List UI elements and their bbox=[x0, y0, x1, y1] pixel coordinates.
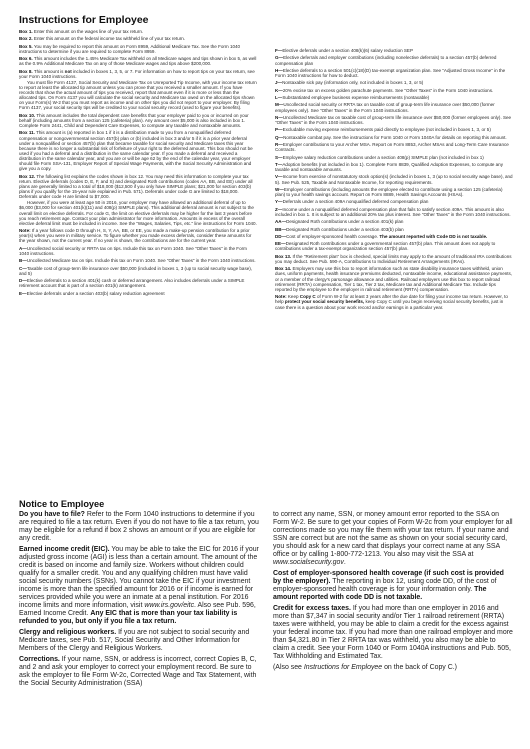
paragraph-text: (Also see bbox=[273, 664, 304, 671]
instructions-left-column: Box 1. Enter this amount on the wages li… bbox=[19, 29, 257, 312]
paragraph-text: Deferrals under a section 409A nonqualif… bbox=[283, 199, 429, 204]
paragraph-label: BB— bbox=[275, 227, 286, 232]
paragraph-text: Employer contributions (including amount… bbox=[275, 187, 502, 197]
paragraph-label: E— bbox=[19, 291, 27, 296]
paragraph-text: Designated Roth contributions under a se… bbox=[286, 219, 403, 224]
paragraph-text: Excludable moving expense reimbursements… bbox=[283, 127, 491, 132]
italic-reference: Instructions for Employee bbox=[304, 664, 382, 671]
paragraph-text: Elective deferrals under a section 403(b… bbox=[27, 291, 165, 296]
paragraph-label: Credit for excess taxes. bbox=[273, 605, 351, 612]
paragraph-text: You must file Form 4137, Social Security… bbox=[19, 80, 257, 111]
paragraph-text: Taxable cost of group-term life insuranc… bbox=[19, 266, 252, 276]
instructions-title: Instructions for Employee bbox=[19, 14, 513, 26]
instruction-paragraph: Z—Income under a nonqualified deferred c… bbox=[275, 207, 513, 217]
instruction-paragraph: BB—Designated Roth contributions under a… bbox=[275, 227, 513, 232]
italic-reference: www.socialsecurity.gov bbox=[273, 559, 344, 566]
instruction-paragraph: L—Substantiated employee business expens… bbox=[275, 95, 513, 100]
instruction-paragraph: Box 13. If the "Retirement plan" box is … bbox=[275, 254, 513, 264]
paragraph-text: Uncollected social security or RRTA tax … bbox=[275, 102, 495, 112]
paragraph-text: Elective deferrals under a section 408(k… bbox=[282, 48, 413, 53]
paragraph-text: Elective deferrals to a section 401(k) c… bbox=[19, 278, 244, 288]
instruction-paragraph: Box 14. Employers may use this box to re… bbox=[275, 266, 513, 292]
paragraph-text: to correct any name, SSN, or money amoun… bbox=[273, 511, 513, 558]
instruction-paragraph: DD—Cost of employer-sponsored health cov… bbox=[275, 234, 513, 239]
instruction-paragraph: N—Uncollected Medicare tax on taxable co… bbox=[275, 115, 513, 125]
paragraph-label: S— bbox=[275, 155, 283, 160]
paragraph-text: Enter this amount on the federal income … bbox=[33, 36, 185, 41]
paragraph-label: Earned income credit (EIC). bbox=[19, 546, 110, 553]
paragraph-text: This amount includes the 1.45% Medicare … bbox=[19, 56, 256, 66]
paragraph-label: Clergy and religious workers. bbox=[19, 629, 116, 636]
paragraph-label: Do you have to file? bbox=[19, 511, 85, 518]
paragraph-text: Cost of employer-sponsored health covera… bbox=[286, 234, 379, 239]
instruction-paragraph: P—Excludable moving expense reimbursemen… bbox=[275, 127, 513, 132]
notice-right-column: to correct any name, SSN, or money amoun… bbox=[273, 511, 513, 690]
instruction-paragraph: However, if you were at least age 50 in … bbox=[19, 200, 257, 226]
paragraph-label: B— bbox=[19, 258, 27, 263]
paragraph-text: If a year follows code D through H, S, Y… bbox=[19, 228, 251, 243]
paragraph-text: The following list explains the codes sh… bbox=[19, 174, 253, 200]
paragraph-text: This amount includes the total dependent… bbox=[19, 113, 249, 128]
notice-paragraph: Cost of employer-sponsored health covera… bbox=[273, 570, 513, 602]
instruction-paragraph: Box 8. This amount is not included in bo… bbox=[19, 69, 257, 79]
instruction-paragraph: Box 1. Enter this amount on the wages li… bbox=[19, 29, 257, 34]
paragraph-text: You may be required to report this amoun… bbox=[19, 44, 240, 54]
paragraph-text: If the "Retirement plan" box is checked,… bbox=[275, 254, 512, 264]
notice-title: Notice to Employee bbox=[19, 499, 513, 509]
italic-reference: www.irs.gov/eitc bbox=[144, 602, 194, 609]
notice-paragraph: Corrections. If your name, SSN, or addre… bbox=[19, 656, 259, 688]
paragraph-text: Adoption benefits (not included in box 1… bbox=[275, 162, 503, 172]
instruction-paragraph: R—Employer contributions to your Archer … bbox=[275, 142, 513, 152]
instruction-paragraph: W—Employer contributions (including amou… bbox=[275, 187, 513, 197]
instruction-paragraph: AA—Designated Roth contributions under a… bbox=[275, 219, 513, 224]
paragraph-text: However, if you were at least age 50 in … bbox=[19, 200, 257, 226]
instruction-paragraph: E—Elective deferrals under a section 403… bbox=[19, 291, 257, 296]
instruction-paragraph: G—Elective deferrals and employer contri… bbox=[275, 55, 513, 65]
instruction-paragraph: Box 12. The following list explains the … bbox=[19, 174, 257, 200]
paragraph-label: Y— bbox=[275, 199, 283, 204]
paragraph-text: Designated Roth contributions under a go… bbox=[275, 241, 495, 251]
paragraph-text: Employee salary reduction contributions … bbox=[283, 155, 484, 160]
instruction-paragraph: M—Uncollected social security or RRTA ta… bbox=[275, 102, 513, 112]
paragraph-text: Designated Roth contributions under a se… bbox=[286, 227, 404, 232]
paragraph-text: Employer contributions to your Archer MS… bbox=[275, 142, 509, 152]
instruction-paragraph: You must file Form 4137, Social Security… bbox=[19, 80, 257, 111]
instruction-paragraph: F—Elective deferrals under a section 408… bbox=[275, 48, 513, 53]
paragraph-text: Income under a nonqualified deferred com… bbox=[275, 207, 511, 217]
instruction-paragraph: C—Taxable cost of group-term life insura… bbox=[19, 266, 257, 276]
notice-section: Notice to Employee Do you have to file? … bbox=[19, 499, 513, 690]
paragraph-text: Nontaxable sick pay (information only, n… bbox=[282, 80, 423, 85]
instruction-paragraph: Box 2. Enter this amount on the federal … bbox=[19, 36, 257, 41]
paragraph-text: Uncollected Medicare tax on taxable cost… bbox=[275, 115, 511, 125]
instruction-paragraph: Y—Deferrals under a section 409A nonqual… bbox=[275, 199, 513, 204]
paragraph-text: on the back of Copy C.) bbox=[382, 664, 457, 671]
paragraph-text: Elective deferrals and employer contribu… bbox=[275, 55, 496, 65]
notice-paragraph: Do you have to file? Refer to the Form 1… bbox=[19, 511, 259, 543]
paragraph-label: AA— bbox=[275, 219, 286, 224]
paragraph-text: Nontaxable combat pay. See the instructi… bbox=[283, 135, 507, 140]
paragraph-text: This amount is (a) reported in box 1 if … bbox=[19, 130, 253, 171]
notice-left-column: Do you have to file? Refer to the Form 1… bbox=[19, 511, 259, 690]
instruction-paragraph: D—Elective deferrals to a section 401(k)… bbox=[19, 278, 257, 288]
instruction-paragraph: Box 6. This amount includes the 1.45% Me… bbox=[19, 56, 257, 66]
paragraph-label: Corrections. bbox=[19, 656, 60, 663]
instruction-paragraph: Box 11. This amount is (a) reported in b… bbox=[19, 130, 257, 171]
paragraph-text: Elective deferrals to a section 501(c)(1… bbox=[275, 68, 505, 78]
paragraph-text: Substantiated employee business expense … bbox=[282, 95, 429, 100]
instruction-paragraph: Box 5. You may be required to report thi… bbox=[19, 44, 257, 54]
notice-paragraph: Credit for excess taxes. If you had more… bbox=[273, 605, 513, 661]
emphasis-text: The amount reported with Code DD is not … bbox=[379, 234, 487, 239]
notice-paragraph: Earned income credit (EIC). You may be a… bbox=[19, 546, 259, 626]
paragraph-label: K— bbox=[275, 88, 283, 93]
notice-paragraph: Clergy and religious workers. If you are… bbox=[19, 629, 259, 653]
instructions-section: Instructions for Employee Box 1. Enter t… bbox=[19, 14, 513, 312]
instruction-paragraph: EE—Designated Roth contributions under a… bbox=[275, 241, 513, 251]
paragraph-text: You may be able to take the EIC for 2016… bbox=[19, 546, 259, 609]
instruction-paragraph: Box 10. This amount includes the total d… bbox=[19, 113, 257, 128]
paragraph-text: Enter this amount on the wages line of y… bbox=[33, 29, 143, 34]
instruction-paragraph: Q—Nontaxable combat pay. See the instruc… bbox=[275, 135, 513, 140]
paragraph-label: P— bbox=[275, 127, 283, 132]
paragraph-label: DD— bbox=[275, 234, 286, 239]
paragraph-text: If you had more than one employer in 201… bbox=[273, 605, 513, 660]
paragraph-text: Income from exercise of nonstatutory sto… bbox=[275, 174, 513, 184]
instruction-paragraph: B—Uncollected Medicare tax on tips. Incl… bbox=[19, 258, 257, 263]
paragraph-label: Box 2. bbox=[19, 36, 33, 41]
instruction-paragraph: T—Adoption benefits (not included in box… bbox=[275, 162, 513, 172]
instruction-paragraph: S—Employee salary reduction contribution… bbox=[275, 155, 513, 160]
instruction-paragraph: J—Nontaxable sick pay (information only,… bbox=[275, 80, 513, 85]
instructions-right-column: F—Elective deferrals under a section 408… bbox=[275, 29, 513, 312]
instruction-paragraph: A—Uncollected social security or RRTA ta… bbox=[19, 246, 257, 256]
paragraph-text: . bbox=[344, 559, 346, 566]
paragraph-text: Employers may use this box to report inf… bbox=[275, 266, 512, 292]
instruction-paragraph: K—20% excise tax on excess golden parach… bbox=[275, 88, 513, 93]
instruction-paragraph: Note: If a year follows code D through H… bbox=[19, 228, 257, 243]
instruction-paragraph: V—Income from exercise of nonstatutory s… bbox=[275, 174, 513, 184]
paragraph-label: Q— bbox=[275, 135, 283, 140]
paragraph-text: Uncollected Medicare tax on tips. Includ… bbox=[27, 258, 256, 263]
instruction-paragraph: H—Elective deferrals to a section 501(c)… bbox=[275, 68, 513, 78]
instruction-paragraph: Note: Keep Copy C of Form W-2 for at lea… bbox=[275, 294, 513, 309]
paragraph-text: 20% excise tax on excess golden parachut… bbox=[283, 88, 493, 93]
notice-paragraph: to correct any name, SSN, or money amoun… bbox=[273, 511, 513, 567]
notice-paragraph: (Also see Instructions for Employee on t… bbox=[273, 664, 513, 672]
paragraph-text: Uncollected social security or RRTA tax … bbox=[19, 246, 247, 256]
paragraph-label: Box 1. bbox=[19, 29, 33, 34]
